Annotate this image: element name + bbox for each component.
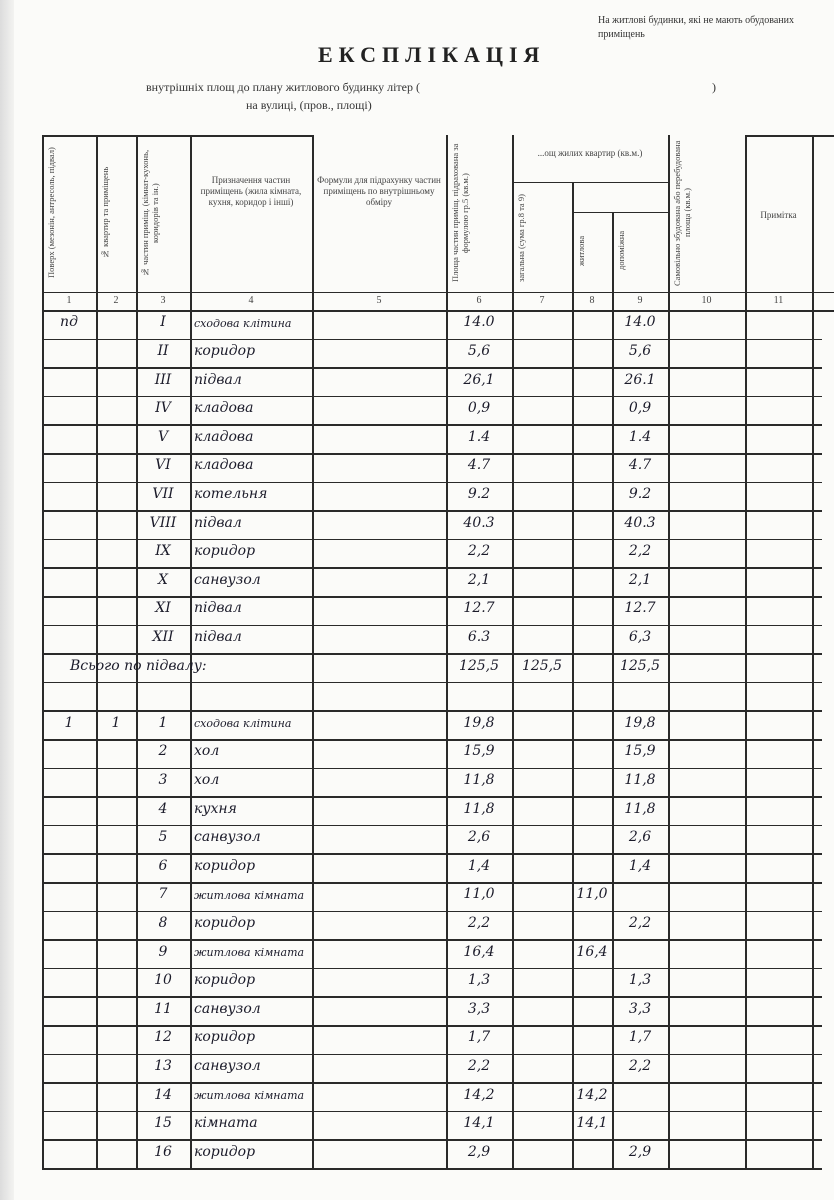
- table-row-divider: [42, 1082, 822, 1084]
- cell-purpose: коридор: [194, 1029, 308, 1045]
- table-row-divider: [42, 939, 822, 941]
- cell-aux: 6,3: [616, 629, 664, 645]
- table-row-divider: [42, 682, 822, 684]
- cell-area: 1.4: [450, 429, 508, 445]
- column-number: 9: [612, 295, 668, 306]
- column-divider: [96, 135, 98, 1168]
- cell-purpose: коридор: [194, 972, 308, 988]
- cell-purpose: котельня: [194, 486, 308, 502]
- column-number: 11: [745, 295, 812, 306]
- corner-note: На житлові будинки, які не мають обудова…: [598, 14, 798, 42]
- column-number: 8: [572, 295, 612, 306]
- cell-part: V: [140, 429, 186, 445]
- column-header: Примітка: [745, 210, 812, 221]
- column-header: № частин приміщ. (кімнат-кухонь, коридор…: [140, 140, 186, 286]
- cell-area: 14,1: [450, 1115, 508, 1131]
- cell-aux: 40.3: [616, 515, 664, 531]
- cell-part: 10: [140, 972, 186, 988]
- cell-area: 1,7: [450, 1029, 508, 1045]
- header-number-line-top: [42, 292, 834, 293]
- column-divider: [190, 135, 192, 1168]
- table-row-divider: [42, 1111, 822, 1113]
- table-row-divider: [42, 1025, 822, 1027]
- cell-total: 125,5: [516, 658, 568, 674]
- cell-part: 7: [140, 886, 186, 902]
- table-row-divider: [42, 853, 822, 855]
- cell-purpose: кухня: [194, 801, 308, 817]
- column-header: Формули для підрахунку частин приміщень …: [316, 175, 442, 208]
- cell-purpose: кладова: [194, 400, 308, 416]
- cell-part: 6: [140, 858, 186, 874]
- document-title: ЕКСПЛІКАЦІЯ: [318, 42, 545, 68]
- column-number: 4: [190, 295, 312, 306]
- table-row-divider: [42, 911, 822, 913]
- subtitle-line-1: внутрішніх площ до плану житлового будин…: [146, 80, 420, 95]
- table-row-divider: [42, 482, 822, 484]
- cell-purpose: підвал: [194, 600, 308, 616]
- column-divider: [312, 135, 314, 1168]
- cell-purpose: кладова: [194, 457, 308, 473]
- cell-area: 14.0: [450, 314, 508, 330]
- scan-edge: [0, 0, 14, 1200]
- cell-purpose: підвал: [194, 629, 308, 645]
- cell-aux: 2,2: [616, 915, 664, 931]
- cell-aux: 11,8: [616, 801, 664, 817]
- cell-aux: 11,8: [616, 772, 664, 788]
- cell-area: 11,8: [450, 801, 508, 817]
- column-header: житлова: [576, 215, 608, 286]
- cell-area: 11,8: [450, 772, 508, 788]
- cell-apt: 1: [100, 715, 132, 731]
- table-row-divider: [42, 596, 822, 598]
- table-row-divider: [42, 1054, 822, 1056]
- cell-purpose: санвузол: [194, 1001, 308, 1017]
- cell-area: 2,2: [450, 915, 508, 931]
- column-divider: [572, 182, 574, 1168]
- table-row-divider: [42, 367, 822, 369]
- column-number: 6: [446, 295, 512, 306]
- cell-area: 9.2: [450, 486, 508, 502]
- cell-part: 11: [140, 1001, 186, 1017]
- cell-area: 5,6: [450, 343, 508, 359]
- cell-purpose: коридор: [194, 343, 308, 359]
- cell-living: 11,0: [576, 886, 608, 902]
- cell-area: 4.7: [450, 457, 508, 473]
- cell-purpose: санвузол: [194, 572, 308, 588]
- table-row-divider: [42, 653, 822, 655]
- cell-area: 2,1: [450, 572, 508, 588]
- cell-floor: 1: [46, 715, 92, 731]
- cell-aux: 125,5: [616, 658, 664, 674]
- cell-part: VI: [140, 457, 186, 473]
- cell-aux: 1,7: [616, 1029, 664, 1045]
- table-row-divider: [42, 825, 822, 827]
- column-header: Поверх (мезонін, антресоль, підвал): [46, 140, 92, 286]
- table-row-divider: [42, 567, 822, 569]
- table-top-border: [42, 135, 312, 137]
- table-row-divider: [42, 968, 822, 970]
- cell-living: 14,2: [576, 1087, 608, 1103]
- table-row-divider: [42, 424, 822, 426]
- cell-area: 3,3: [450, 1001, 508, 1017]
- column-header: загальна (сума гр.8 та 9): [516, 190, 568, 286]
- cell-floor: пд: [46, 314, 92, 330]
- cell-aux: 1,3: [616, 972, 664, 988]
- column-number: 7: [512, 295, 572, 306]
- cell-purpose: кладова: [194, 429, 308, 445]
- cell-purpose: коридор: [194, 1144, 308, 1160]
- cell-part: 16: [140, 1144, 186, 1160]
- cell-aux: 2,1: [616, 572, 664, 588]
- table-row-divider: [42, 710, 822, 712]
- table-row-divider: [42, 796, 822, 798]
- cell-aux: 12.7: [616, 600, 664, 616]
- total-label: Всього по підвалу:: [70, 658, 207, 674]
- cell-purpose: кімната: [194, 1115, 308, 1131]
- cell-aux: 15,9: [616, 743, 664, 759]
- cell-purpose: санвузол: [194, 1058, 308, 1074]
- cell-area: 2,6: [450, 829, 508, 845]
- column-divider: [136, 135, 138, 1168]
- cell-living: 16,4: [576, 944, 608, 960]
- cell-aux: 9.2: [616, 486, 664, 502]
- cell-purpose: коридор: [194, 858, 308, 874]
- cell-part: VII: [140, 486, 186, 502]
- column-number: 2: [96, 295, 136, 306]
- cell-part: 8: [140, 915, 186, 931]
- group-header-divider: [512, 182, 668, 183]
- table-row-divider: [42, 339, 822, 341]
- cell-purpose: підвал: [194, 515, 308, 531]
- cell-aux: 19,8: [616, 715, 664, 731]
- cell-aux: 1,4: [616, 858, 664, 874]
- cell-part: I: [140, 314, 186, 330]
- cell-part: X: [140, 572, 186, 588]
- cell-aux: 26.1: [616, 372, 664, 388]
- cell-area: 16,4: [450, 944, 508, 960]
- cell-area: 12.7: [450, 600, 508, 616]
- cell-purpose: житлова кімната: [194, 890, 308, 901]
- cell-aux: 3,3: [616, 1001, 664, 1017]
- header-number-line-bottom: [42, 310, 834, 312]
- cell-part: 9: [140, 944, 186, 960]
- table-row-divider: [42, 768, 822, 770]
- cell-purpose: підвал: [194, 372, 308, 388]
- cell-area: 26,1: [450, 372, 508, 388]
- cell-part: 14: [140, 1087, 186, 1103]
- cell-aux: 4.7: [616, 457, 664, 473]
- cell-part: 13: [140, 1058, 186, 1074]
- cell-part: III: [140, 372, 186, 388]
- column-divider: [512, 135, 514, 1168]
- column-divider: [812, 135, 814, 1168]
- cell-area: 0,9: [450, 400, 508, 416]
- cell-purpose: житлова кімната: [194, 1090, 308, 1101]
- cell-part: VIII: [140, 515, 186, 531]
- cell-purpose: коридор: [194, 915, 308, 931]
- cell-area: 40.3: [450, 515, 508, 531]
- cell-purpose: хол: [194, 743, 308, 759]
- table-row-divider: [42, 625, 822, 627]
- subtitle-line-1-end: ): [712, 80, 716, 95]
- cell-purpose: сходова клітина: [194, 718, 308, 729]
- column-divider: [446, 135, 448, 1168]
- column-header: Самовільно збудована або перебудована пл…: [672, 140, 741, 286]
- cell-aux: 5,6: [616, 343, 664, 359]
- cell-area: 14,2: [450, 1087, 508, 1103]
- column-header: Площа частин приміщ. підрахована за форм…: [450, 140, 508, 286]
- cell-area: 1,4: [450, 858, 508, 874]
- table-row-divider: [42, 739, 822, 741]
- cell-area: 11,0: [450, 886, 508, 902]
- table-row-divider: [42, 1168, 822, 1170]
- cell-area: 1,3: [450, 972, 508, 988]
- column-header: № квартир та приміщень: [100, 140, 132, 286]
- column-divider: [745, 135, 747, 1168]
- table-row-divider: [42, 1139, 822, 1141]
- cell-part: IV: [140, 400, 186, 416]
- cell-part: 3: [140, 772, 186, 788]
- cell-area: 125,5: [450, 658, 508, 674]
- cell-part: 4: [140, 801, 186, 817]
- table-row-divider: [42, 510, 822, 512]
- table-row-divider: [42, 882, 822, 884]
- table-row-divider: [42, 396, 822, 398]
- cell-area: 19,8: [450, 715, 508, 731]
- column-divider: [668, 135, 670, 1168]
- column-number: 3: [136, 295, 190, 306]
- group-subheader-divider: [572, 212, 668, 213]
- cell-part: 12: [140, 1029, 186, 1045]
- cell-area: 2,2: [450, 1058, 508, 1074]
- table-row-divider: [42, 453, 822, 455]
- cell-part: XII: [140, 629, 186, 645]
- cell-aux: 2,2: [616, 543, 664, 559]
- cell-living: 14,1: [576, 1115, 608, 1131]
- cell-area: 2,2: [450, 543, 508, 559]
- subtitle-line-2: на вулиці, (пров., площі): [246, 98, 372, 113]
- column-number: 1: [42, 295, 96, 306]
- column-header: допоміжна: [616, 215, 664, 286]
- column-header: Призначення частин приміщень (жила кімна…: [194, 175, 308, 208]
- cell-part: 2: [140, 743, 186, 759]
- cell-part: II: [140, 343, 186, 359]
- cell-part: IX: [140, 543, 186, 559]
- cell-aux: 14.0: [616, 314, 664, 330]
- column-divider: [42, 135, 44, 1168]
- cell-area: 2,9: [450, 1144, 508, 1160]
- cell-area: 15,9: [450, 743, 508, 759]
- cell-aux: 0,9: [616, 400, 664, 416]
- cell-area: 6.3: [450, 629, 508, 645]
- cell-part: XI: [140, 600, 186, 616]
- cell-purpose: сходова клітина: [194, 318, 308, 329]
- group-header: ...ощ жилих квартир (кв.м.): [512, 148, 668, 159]
- cell-purpose: хол: [194, 772, 308, 788]
- cell-purpose: житлова кімната: [194, 947, 308, 958]
- cell-aux: 2,6: [616, 829, 664, 845]
- table-row-divider: [42, 996, 822, 998]
- cell-purpose: санвузол: [194, 829, 308, 845]
- column-number: 10: [668, 295, 745, 306]
- cell-part: 1: [140, 715, 186, 731]
- table-row-divider: [42, 539, 822, 541]
- cell-aux: 2,2: [616, 1058, 664, 1074]
- column-number: 5: [312, 295, 446, 306]
- cell-aux: 1.4: [616, 429, 664, 445]
- cell-part: 15: [140, 1115, 186, 1131]
- cell-purpose: коридор: [194, 543, 308, 559]
- table-top-border-right: [745, 135, 834, 137]
- cell-aux: 2,9: [616, 1144, 664, 1160]
- cell-part: 5: [140, 829, 186, 845]
